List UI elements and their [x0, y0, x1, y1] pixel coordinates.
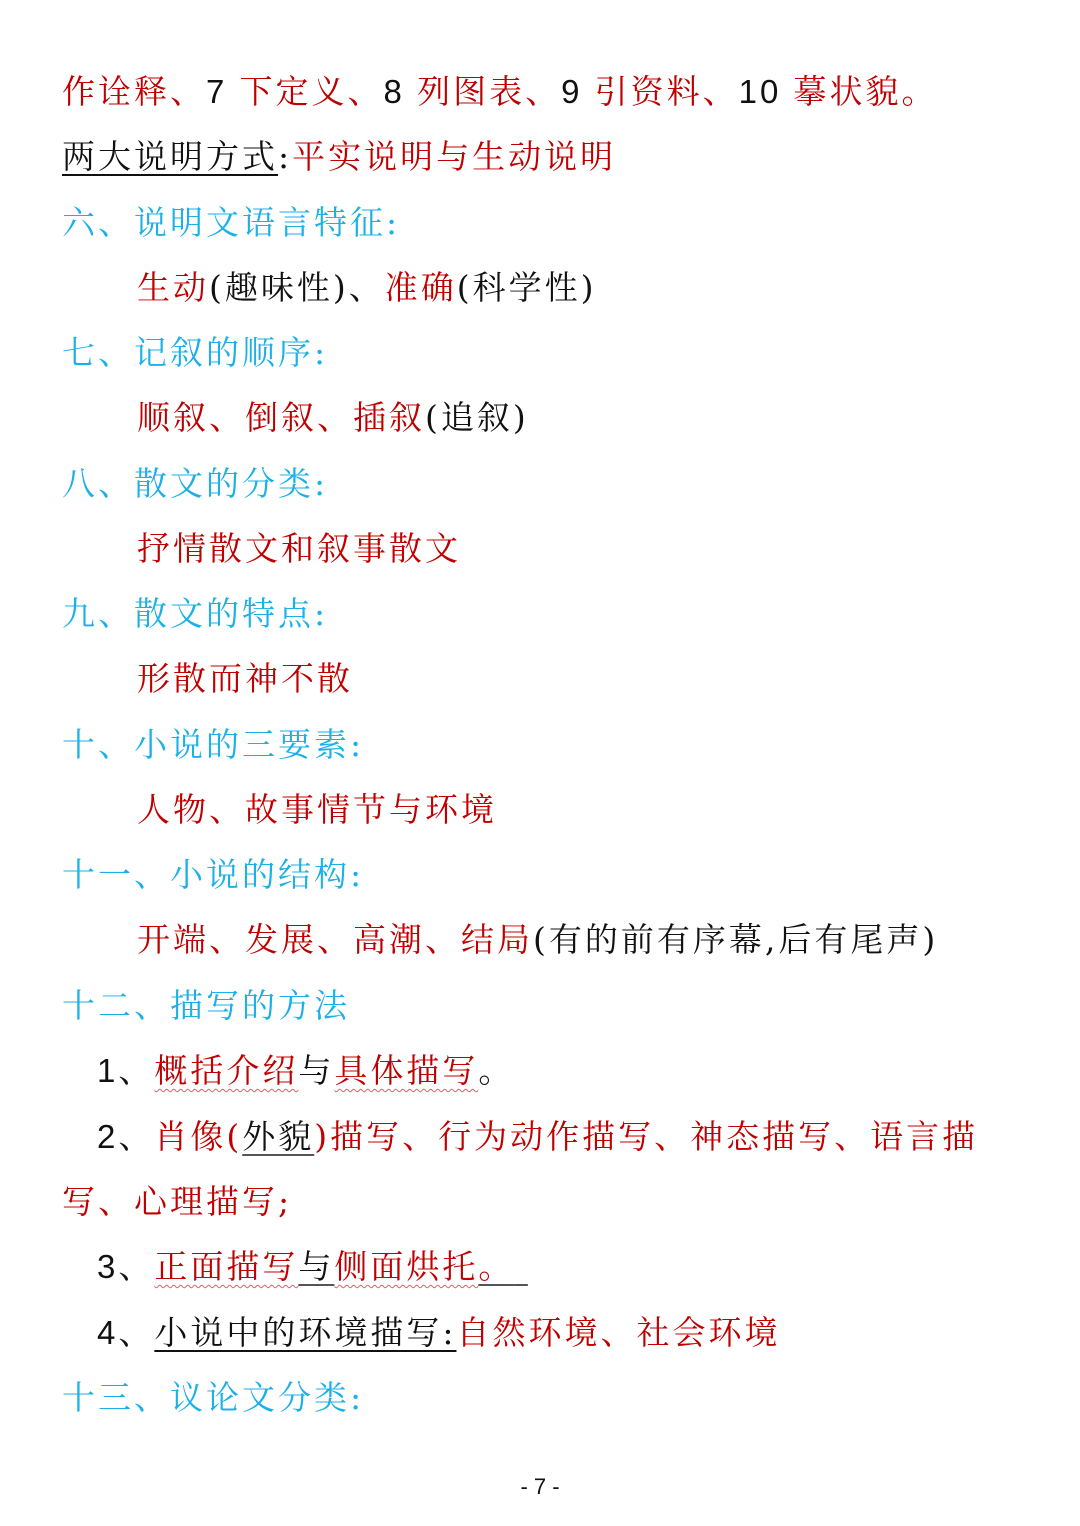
item-number: 3、	[97, 1248, 154, 1285]
note: (趣味性)、	[209, 268, 385, 307]
number: 10	[739, 73, 794, 110]
section-content: 抒情散文和叙事散文	[137, 529, 461, 569]
section-heading: 十三、议论文分类:	[62, 1378, 364, 1418]
value: 平实说明与生动说明	[292, 137, 616, 176]
section-heading: 十、小说的三要素:	[62, 725, 364, 765]
methods-line: 作诠释、7 下定义、8 列图表、9 引资料、10 摹状貌。	[62, 72, 937, 112]
connector: 与	[298, 1247, 334, 1286]
separator: 、	[348, 72, 384, 111]
section-content: 开端、发展、高潮、结局(有的前有序幕,后有尾声)	[137, 920, 938, 960]
punct: 。	[478, 1247, 514, 1286]
term: 概括介绍	[154, 1051, 298, 1090]
method-text: 下定义	[240, 72, 348, 111]
list-item: 1、概括介绍与具体描写。	[97, 1051, 514, 1091]
number: 8	[384, 73, 418, 110]
section-heading: 八、散文的分类:	[62, 464, 328, 504]
note: (追叙)	[425, 398, 529, 437]
method-text: 列图表	[417, 72, 525, 111]
term: )描写、行为动作描写、神态描写、语言描	[314, 1117, 978, 1156]
list-item: 4、小说中的环境描写:自然环境、社会环境	[97, 1313, 780, 1353]
item-number: 2、	[97, 1118, 154, 1155]
section-heading: 七、记叙的顺序:	[62, 333, 328, 373]
section-heading: 十二、描写的方法	[62, 986, 350, 1026]
page-number: - 7 -	[0, 1474, 1080, 1500]
term: 生动	[137, 268, 209, 307]
section-heading: 六、说明文语言特征:	[62, 203, 400, 243]
connector: 与	[298, 1051, 334, 1090]
separator: 、	[703, 72, 739, 111]
term: 准确	[385, 268, 457, 307]
value: 自然环境、社会环境	[456, 1313, 780, 1352]
label: 小说中的环境描写:	[154, 1313, 456, 1352]
section-content: 顺叙、倒叙、插叙(追叙)	[137, 398, 529, 438]
list-item-continued: 写、心理描写;	[62, 1182, 292, 1222]
section-heading: 十一、小说的结构:	[62, 855, 364, 895]
term: 正面描写	[154, 1247, 298, 1286]
section-content: 人物、故事情节与环境	[137, 790, 497, 830]
separator: 、	[525, 72, 561, 111]
label: 两大说明方式	[62, 137, 278, 176]
term: 顺叙、倒叙、插叙	[137, 398, 425, 437]
number: 7	[206, 73, 240, 110]
method-text: 作诠释	[62, 72, 170, 111]
section-content: 生动(趣味性)、准确(科学性)	[137, 268, 597, 308]
colon: :	[278, 137, 292, 176]
number: 9	[561, 73, 595, 110]
term: 具体描写	[334, 1051, 478, 1090]
item-number: 4、	[97, 1314, 154, 1351]
separator: 、	[170, 72, 206, 111]
method-text: 引资料	[595, 72, 703, 111]
explain-styles-line: 两大说明方式:平实说明与生动说明	[62, 137, 616, 177]
item-number: 1、	[97, 1052, 154, 1089]
section-heading: 九、散文的特点:	[62, 594, 328, 634]
section-content: 形散而神不散	[137, 659, 353, 699]
term-note: 外貌	[242, 1117, 314, 1156]
method-text: 摹状貌。	[793, 72, 937, 111]
note: (有的前有序幕,后有尾声)	[533, 920, 938, 959]
term: 侧面烘托	[334, 1247, 478, 1286]
list-item: 2、肖像(外貌)描写、行为动作描写、神态描写、语言描	[97, 1117, 978, 1157]
punct: 。	[478, 1051, 514, 1090]
list-item: 3、正面描写与侧面烘托。	[97, 1247, 542, 1287]
term: 开端、发展、高潮、结局	[137, 920, 533, 959]
term: 肖像(	[154, 1117, 242, 1156]
note: (科学性)	[457, 268, 597, 307]
